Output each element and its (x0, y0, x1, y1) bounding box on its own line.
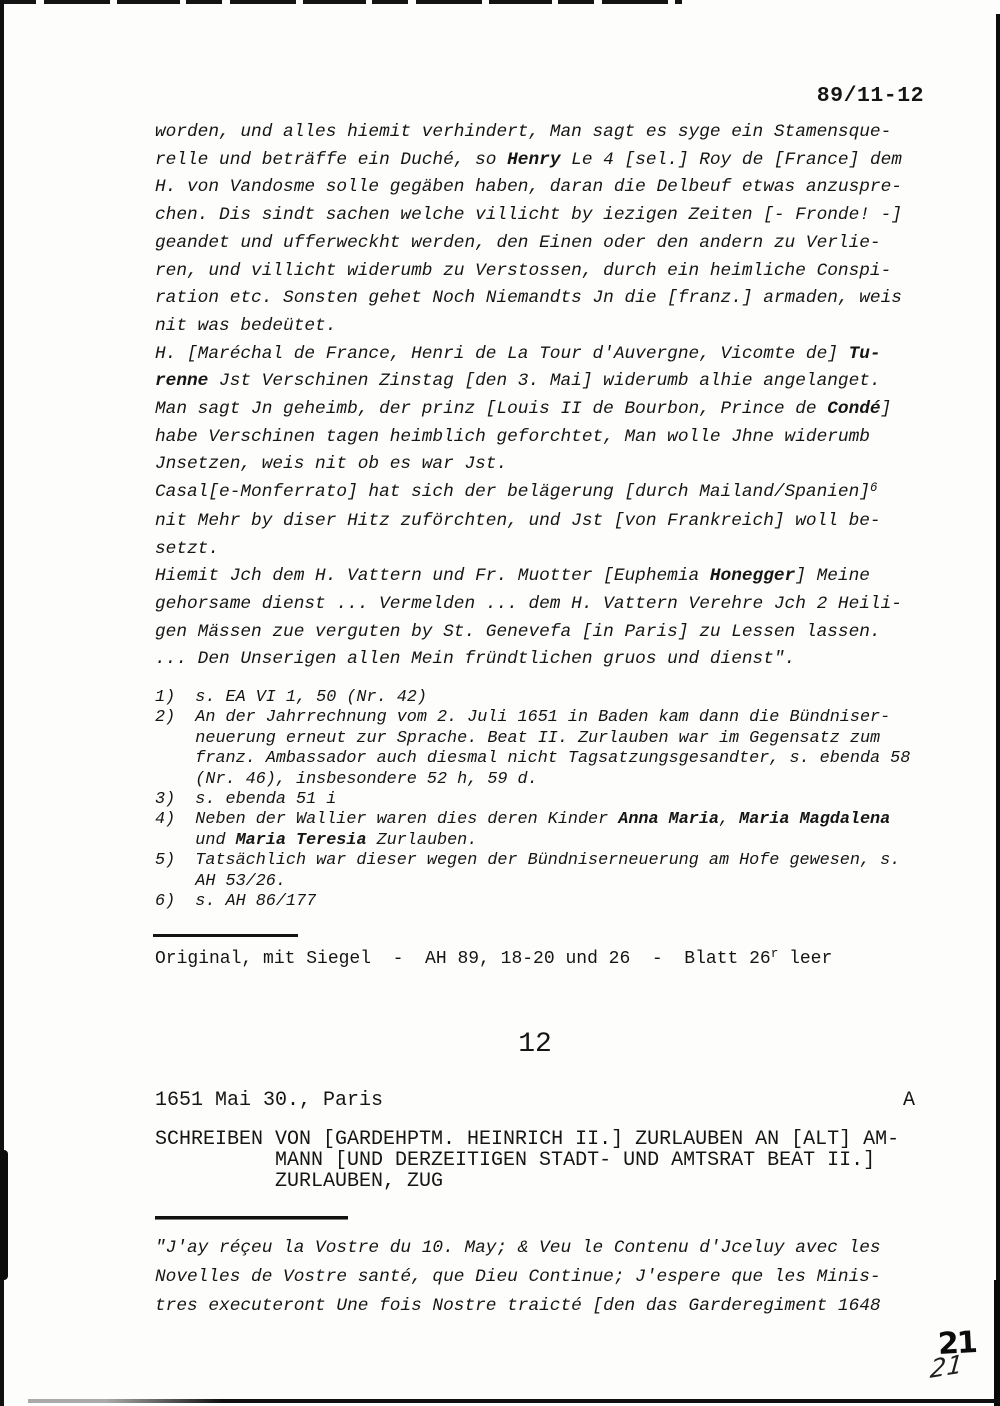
handwritten-page-number-pencil: 21 (929, 1349, 965, 1384)
text-line: worden, und alles hiemit verhindert, Man… (155, 119, 955, 147)
text-line: H. von Vandosme solle gegäben haben, dar… (155, 174, 955, 202)
text-line: 5) Tatsächlich war dieser wegen der Bünd… (155, 851, 955, 871)
text-line: tres executeront Une fois Nostre traicté… (155, 1292, 955, 1321)
letter-body-text: worden, und alles hiemit verhindert, Man… (155, 119, 955, 674)
text-line: geandet und ufferweckht werden, den Eine… (155, 230, 955, 258)
text-line: Novelles de Vostre santé, que Dieu Conti… (155, 1263, 955, 1292)
text-line: Original, mit Siegel - AH 89, 18-20 und … (155, 948, 955, 971)
text-line: AH 53/26. (155, 872, 955, 892)
text-line: Hiemit Jch dem H. Vattern und Fr. Muotte… (155, 563, 955, 591)
text-line: 2) An der Jahrrechnung vom 2. Juli 1651 … (155, 708, 955, 728)
scan-edge-right-blotch (994, 1280, 1000, 1406)
scan-edge-right (996, 14, 1000, 1406)
text-line: H. [Maréchal de France, Henri de La Tour… (155, 341, 955, 369)
text-line: MANN [UND DERZEITIGEN STADT- UND AMTSRAT… (155, 1150, 955, 1171)
text-line: Casal[e-Monferrato] hat sich der beläger… (155, 479, 955, 508)
scan-edge-left-blotch (0, 1150, 8, 1280)
entry-date: 1651 Mai 30., Paris (155, 1089, 383, 1113)
text-line: ZURLAUBEN, ZUG (155, 1171, 955, 1192)
text-line: franz. Ambassador auch diesmal nicht Tag… (155, 749, 955, 769)
text-line: 4) Neben der Wallier waren dies deren Ki… (155, 810, 955, 830)
entry-number: 12 (155, 1030, 915, 1060)
footnote-separator-rule (153, 934, 298, 937)
text-line: Jnsetzen, weis nit ob es war Jst. (155, 451, 955, 479)
title-separator-rule (155, 1216, 348, 1219)
text-line: nit was bedeütet. (155, 313, 955, 341)
entry-date-row: 1651 Mai 30., Paris A (155, 1089, 915, 1113)
text-line: 6) s. AH 86/177 (155, 892, 955, 912)
entry-letter-mark: A (903, 1089, 915, 1113)
footnotes: 1) s. EA VI 1, 50 (Nr. 42)2) An der Jahr… (155, 688, 955, 912)
text-line: Man sagt Jn geheimb, der prinz [Louis II… (155, 396, 955, 424)
page-number-header: 89/11-12 (817, 84, 924, 108)
text-line: und Maria Teresia Zurlauben. (155, 831, 955, 851)
text-line: nit Mehr by diser Hitz zuförchten, und J… (155, 508, 955, 536)
source-note: Original, mit Siegel - AH 89, 18-20 und … (155, 948, 955, 971)
letter-quote-text: "J'ay réçeu la Vostre du 10. May; & Veu … (155, 1234, 955, 1322)
scan-edge-bottom (28, 1399, 1000, 1403)
text-line: renne Jst Verschinen Zinstag [den 3. Mai… (155, 368, 955, 396)
text-line: (Nr. 46), insbesondere 52 h, 59 d. (155, 770, 955, 790)
text-line: ration etc. Sonsten gehet Noch Niemandts… (155, 285, 955, 313)
text-line: "J'ay réçeu la Vostre du 10. May; & Veu … (155, 1234, 955, 1263)
text-line: 1) s. EA VI 1, 50 (Nr. 42) (155, 688, 955, 708)
text-line: ... Den Unserigen allen Mein fründtliche… (155, 646, 955, 674)
text-line: neuerung erneut zur Sprache. Beat II. Zu… (155, 729, 955, 749)
text-line: gehorsame dienst ... Vermelden ... dem H… (155, 591, 955, 619)
text-line: 3) s. ebenda 51 i (155, 790, 955, 810)
text-line: relle und beträffe ein Duché, so Henry L… (155, 147, 955, 175)
text-line: SCHREIBEN VON [GARDEHPTM. HEINRICH II.] … (155, 1129, 955, 1150)
entry-title: SCHREIBEN VON [GARDEHPTM. HEINRICH II.] … (155, 1129, 955, 1192)
text-line: setzt. (155, 536, 955, 564)
text-line: ren, und villicht widerumb zu Verstossen… (155, 258, 955, 286)
scan-edge-top (0, 0, 682, 4)
scanned-document-page: 89/11-12 worden, und alles hiemit verhin… (0, 0, 1000, 1406)
text-line: habe Verschinen tagen heimblich geforcht… (155, 424, 955, 452)
text-line: chen. Dis sindt sachen welche villicht b… (155, 202, 955, 230)
text-line: gen Mässen zue verguten by St. Genevefa … (155, 619, 955, 647)
